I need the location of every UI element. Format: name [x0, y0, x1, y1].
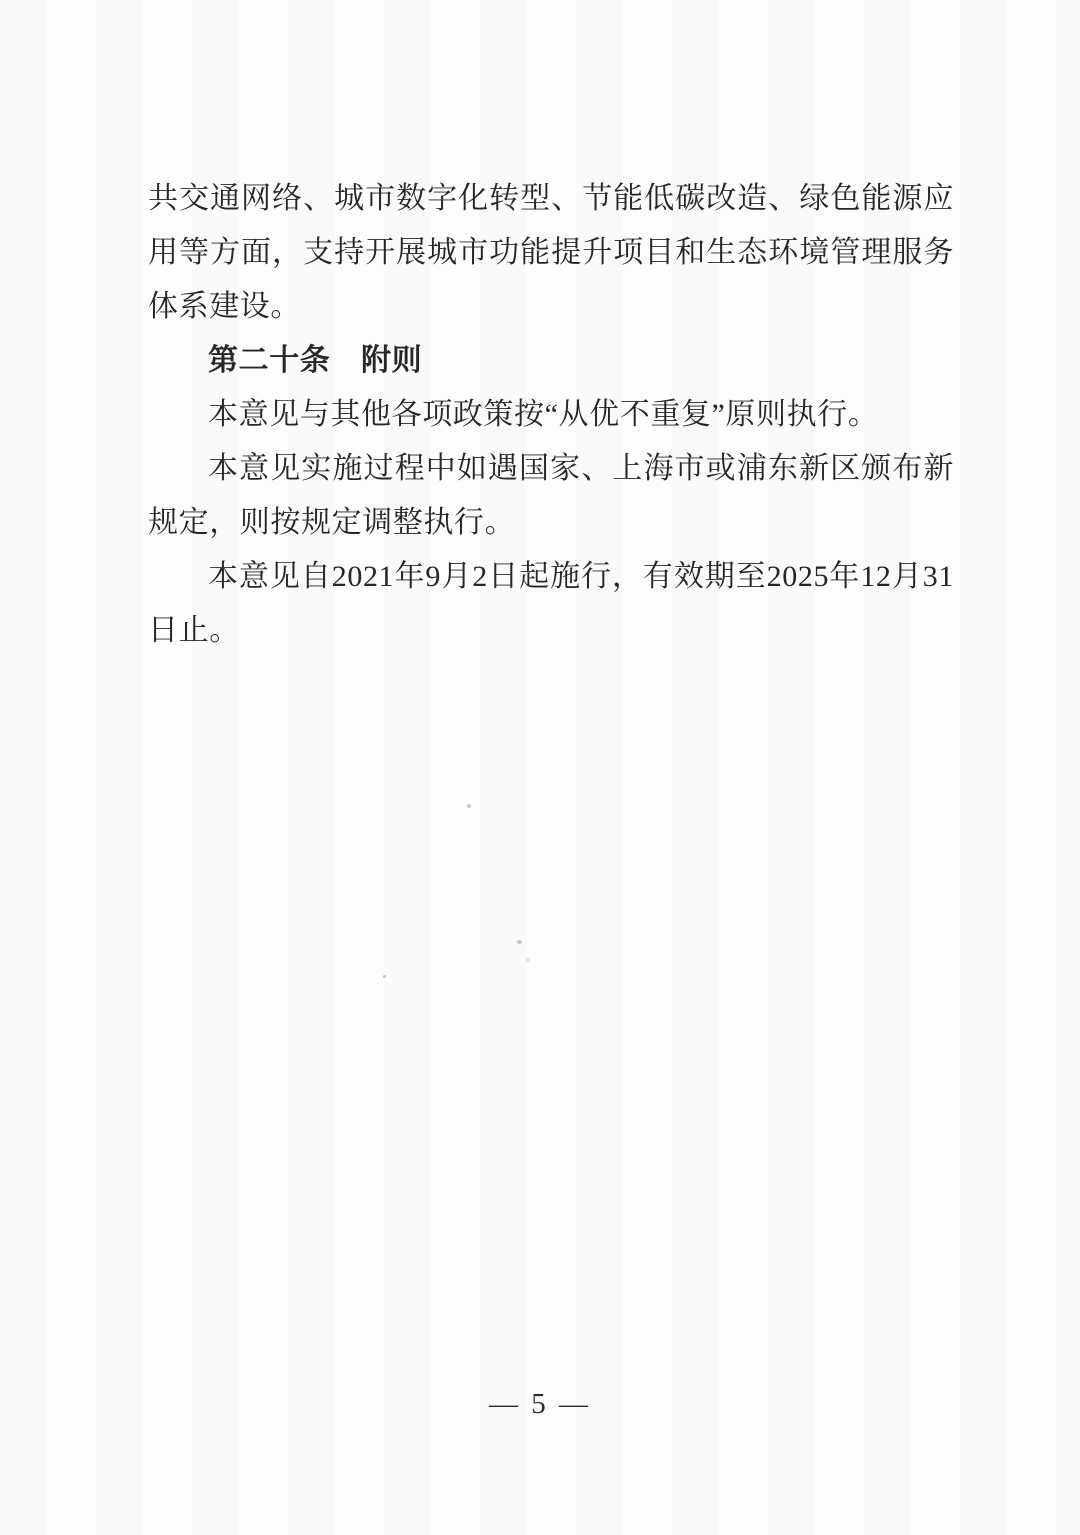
scan-speck: [526, 958, 530, 962]
document-text: 共交通网络、城市数字化转型、节能低碳改造、绿色能源应用等方面，支持开展城市功能提…: [148, 172, 954, 658]
scan-speck: [383, 975, 386, 978]
page-number: — 5 —: [0, 1388, 1080, 1421]
paragraph-policy-no-duplicate: 本意见与其他各项政策按“从优不重复”原则执行。: [148, 388, 954, 442]
paragraph-effective-date: 本意见自2021年9月2日起施行，有效期至2025年12月31日止。: [148, 550, 954, 658]
paragraph-continuation: 共交通网络、城市数字化转型、节能低碳改造、绿色能源应用等方面，支持开展城市功能提…: [148, 172, 954, 334]
paragraph-new-regulations: 本意见实施过程中如遇国家、上海市或浦东新区颁布新规定，则按规定调整执行。: [148, 442, 954, 550]
article-20-heading: 第二十条 附则: [148, 334, 954, 388]
scan-speck: [517, 940, 522, 944]
document-page: 共交通网络、城市数字化转型、节能低碳改造、绿色能源应用等方面，支持开展城市功能提…: [0, 0, 1080, 1535]
scan-speck: [467, 804, 471, 808]
